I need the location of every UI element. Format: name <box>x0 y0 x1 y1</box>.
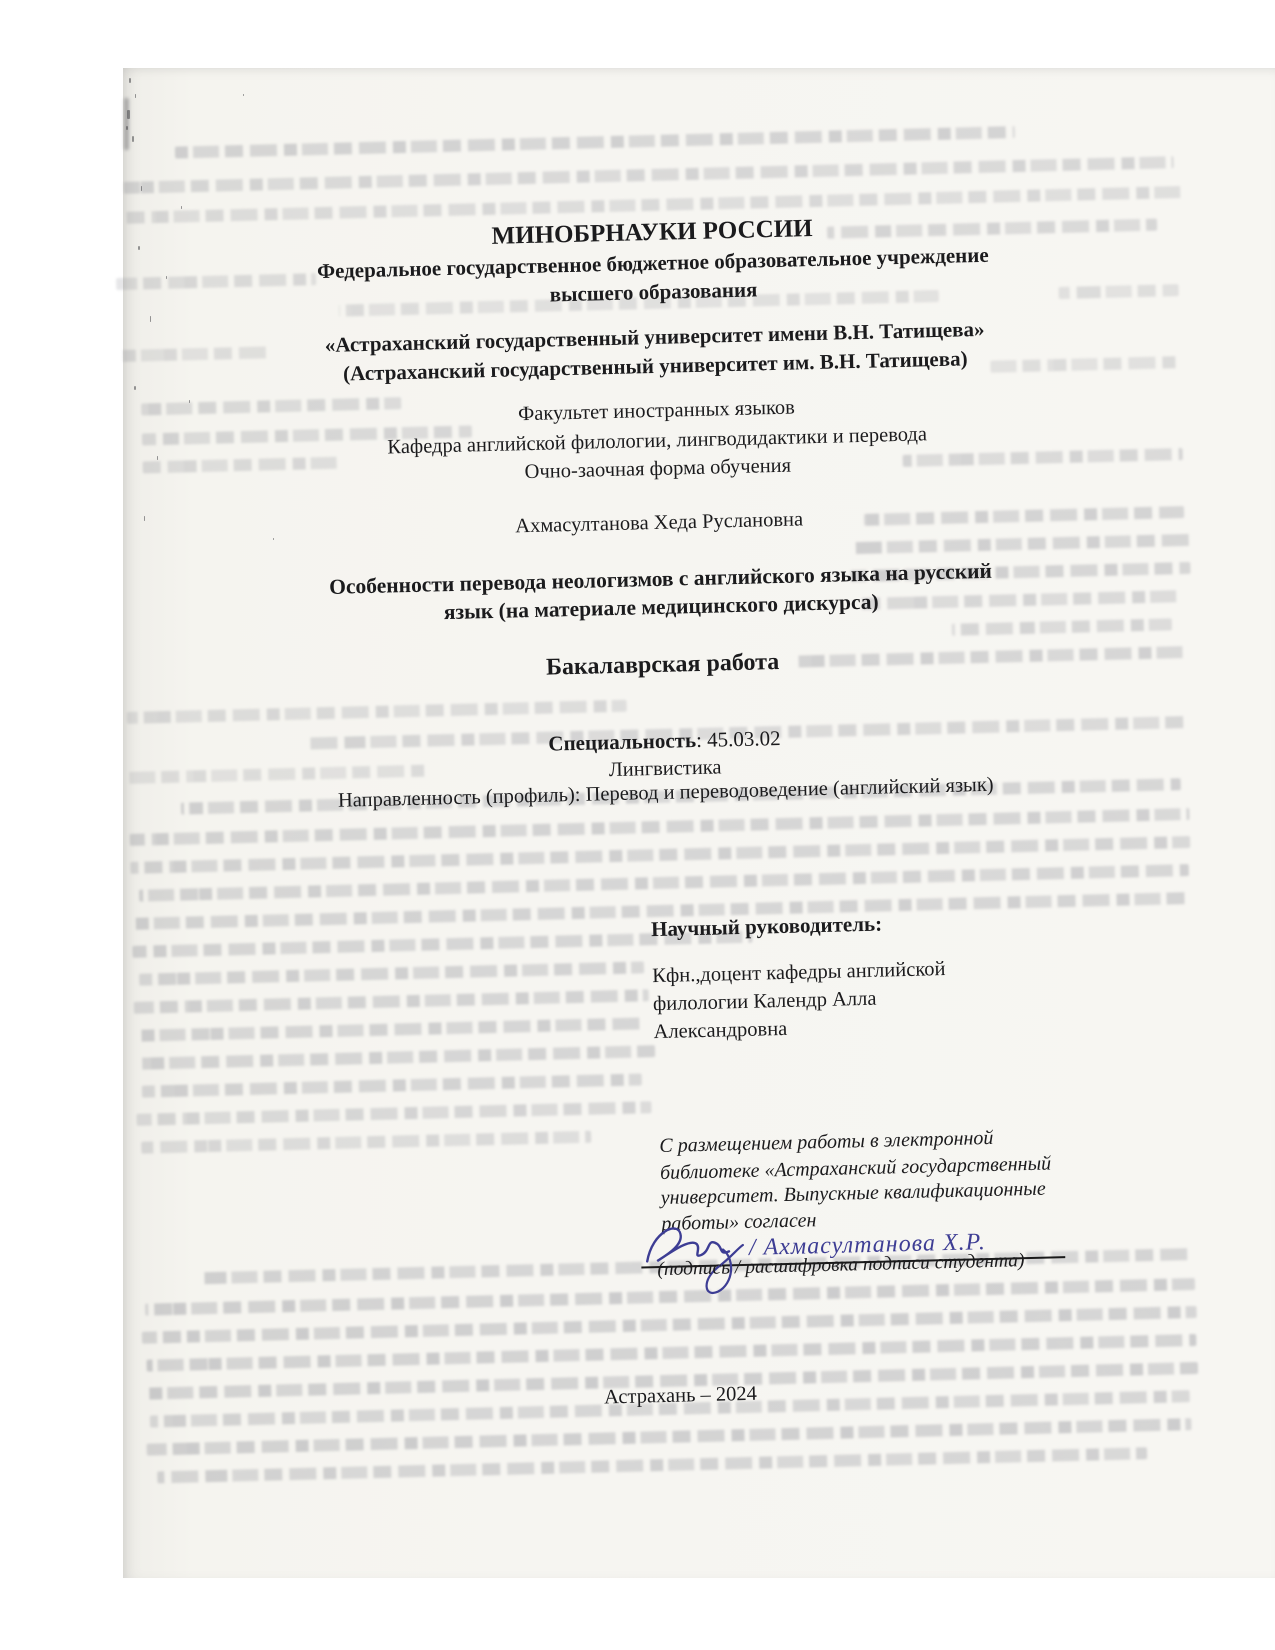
scan-smudge <box>124 98 129 150</box>
bleedthrough-line <box>175 126 1015 159</box>
bleedthrough-line <box>157 1447 1147 1483</box>
city-year: Астрахань – 2024 <box>180 1368 1180 1422</box>
bleedthrough-line <box>130 836 1190 874</box>
bleedthrough-line <box>136 1101 651 1126</box>
bleedthrough-line <box>135 1045 655 1070</box>
bleedthrough-line <box>142 1306 1197 1344</box>
bleedthrough-line <box>147 1418 1192 1456</box>
document-content: МИНОБРНАУКИ РОССИИ Федеральное государст… <box>103 54 1275 1592</box>
supervisor-label: Научный руководитель: <box>651 909 883 945</box>
work-type: Бакалаврская работа <box>162 638 1162 692</box>
bleedthrough-line <box>134 989 649 1014</box>
author-name: Ахмасултанова Хеда Руслановна <box>159 496 1159 550</box>
supervisor-line-3: Александровна <box>653 1014 787 1047</box>
bleedthrough-line <box>141 1131 591 1154</box>
bleedthrough-line <box>127 700 627 724</box>
bleedthrough-line <box>146 1334 1196 1372</box>
bleedthrough-line <box>139 864 1189 902</box>
scanned-document-page: МИНОБРНАУКИ РОССИИ Федеральное государст… <box>0 0 1275 1650</box>
bleedthrough-line <box>139 961 644 985</box>
bleedthrough-line <box>142 1073 642 1097</box>
bleedthrough-line <box>124 156 1174 194</box>
bleedthrough-line <box>138 1017 643 1041</box>
bleedthrough-line <box>952 618 1172 635</box>
specialty-label: Специальность <box>548 728 696 756</box>
paper-sheet: МИНОБРНАУКИ РОССИИ Федеральное государст… <box>123 68 1275 1578</box>
specialty-code: : 45.03.02 <box>696 726 781 752</box>
